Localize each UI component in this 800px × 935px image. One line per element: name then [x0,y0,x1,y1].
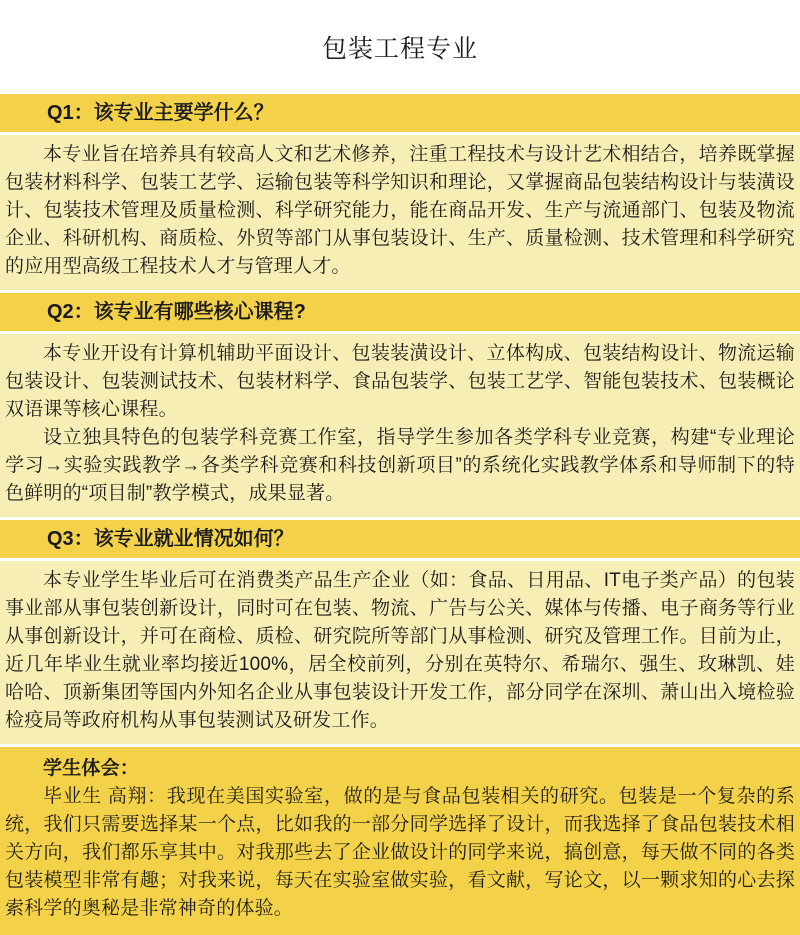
qa-section-q1: Q1：该专业主要学什么？ 本专业旨在培养具有较高人文和艺术修养，注重工程技术与设… [0,94,800,293]
q3-answer-paragraph: 本专业学生毕业后可在消费类产品生产企业（如：食品、日用品、IT电子类产品）的包装… [5,567,795,735]
qa-section-q3: Q3：该专业就业情况如何？ 本专业学生毕业后可在消费类产品生产企业（如：食品、日… [0,520,800,747]
q2-answer-paragraph-1: 本专业开设有计算机辅助平面设计、包装装潢设计、立体构成、包装结构设计、物流运输包… [5,340,795,424]
qa-section-q2: Q2：该专业有哪些核心课程? 本专业开设有计算机辅助平面设计、包装装潢设计、立体… [0,293,800,520]
page-title: 包装工程专业 [322,29,478,65]
q2-answer-block: 本专业开设有计算机辅助平面设计、包装装潢设计、立体构成、包装结构设计、物流运输包… [0,334,800,517]
q3-answer-block: 本专业学生毕业后可在消费类产品生产企业（如：食品、日用品、IT电子类产品）的包装… [0,561,800,744]
page: 包装工程专业 Q1：该专业主要学什么？ 本专业旨在培养具有较高人文和艺术修养，注… [0,0,800,935]
q2-question-bar: Q2：该专业有哪些核心课程? [0,293,800,331]
testimonial-paragraph: 毕业生 高翔：我现在美国实验室，做的是与食品包装相关的研究。包装是一个复杂的系统… [5,783,795,923]
q1-answer-paragraph: 本专业旨在培养具有较高人文和艺术修养，注重工程技术与设计艺术相结合，培养既掌握包… [5,141,795,281]
q1-answer-block: 本专业旨在培养具有较高人文和艺术修养，注重工程技术与设计艺术相结合，培养既掌握包… [0,135,800,290]
student-testimonial-section: 学生体会： 毕业生 高翔：我现在美国实验室，做的是与食品包装相关的研究。包装是一… [0,747,800,935]
q3-question-bar: Q3：该专业就业情况如何？ [0,520,800,558]
testimonial-speaker: 毕业生 高翔： [43,786,167,807]
page-header: 包装工程专业 [0,0,800,94]
testimonial-heading: 学生体会： [5,755,795,783]
q1-question-bar: Q1：该专业主要学什么？ [0,94,800,132]
q2-answer-paragraph-2: 设立独具特色的包装学科竞赛工作室，指导学生参加各类学科专业竞赛，构建“专业理论学… [5,424,795,508]
